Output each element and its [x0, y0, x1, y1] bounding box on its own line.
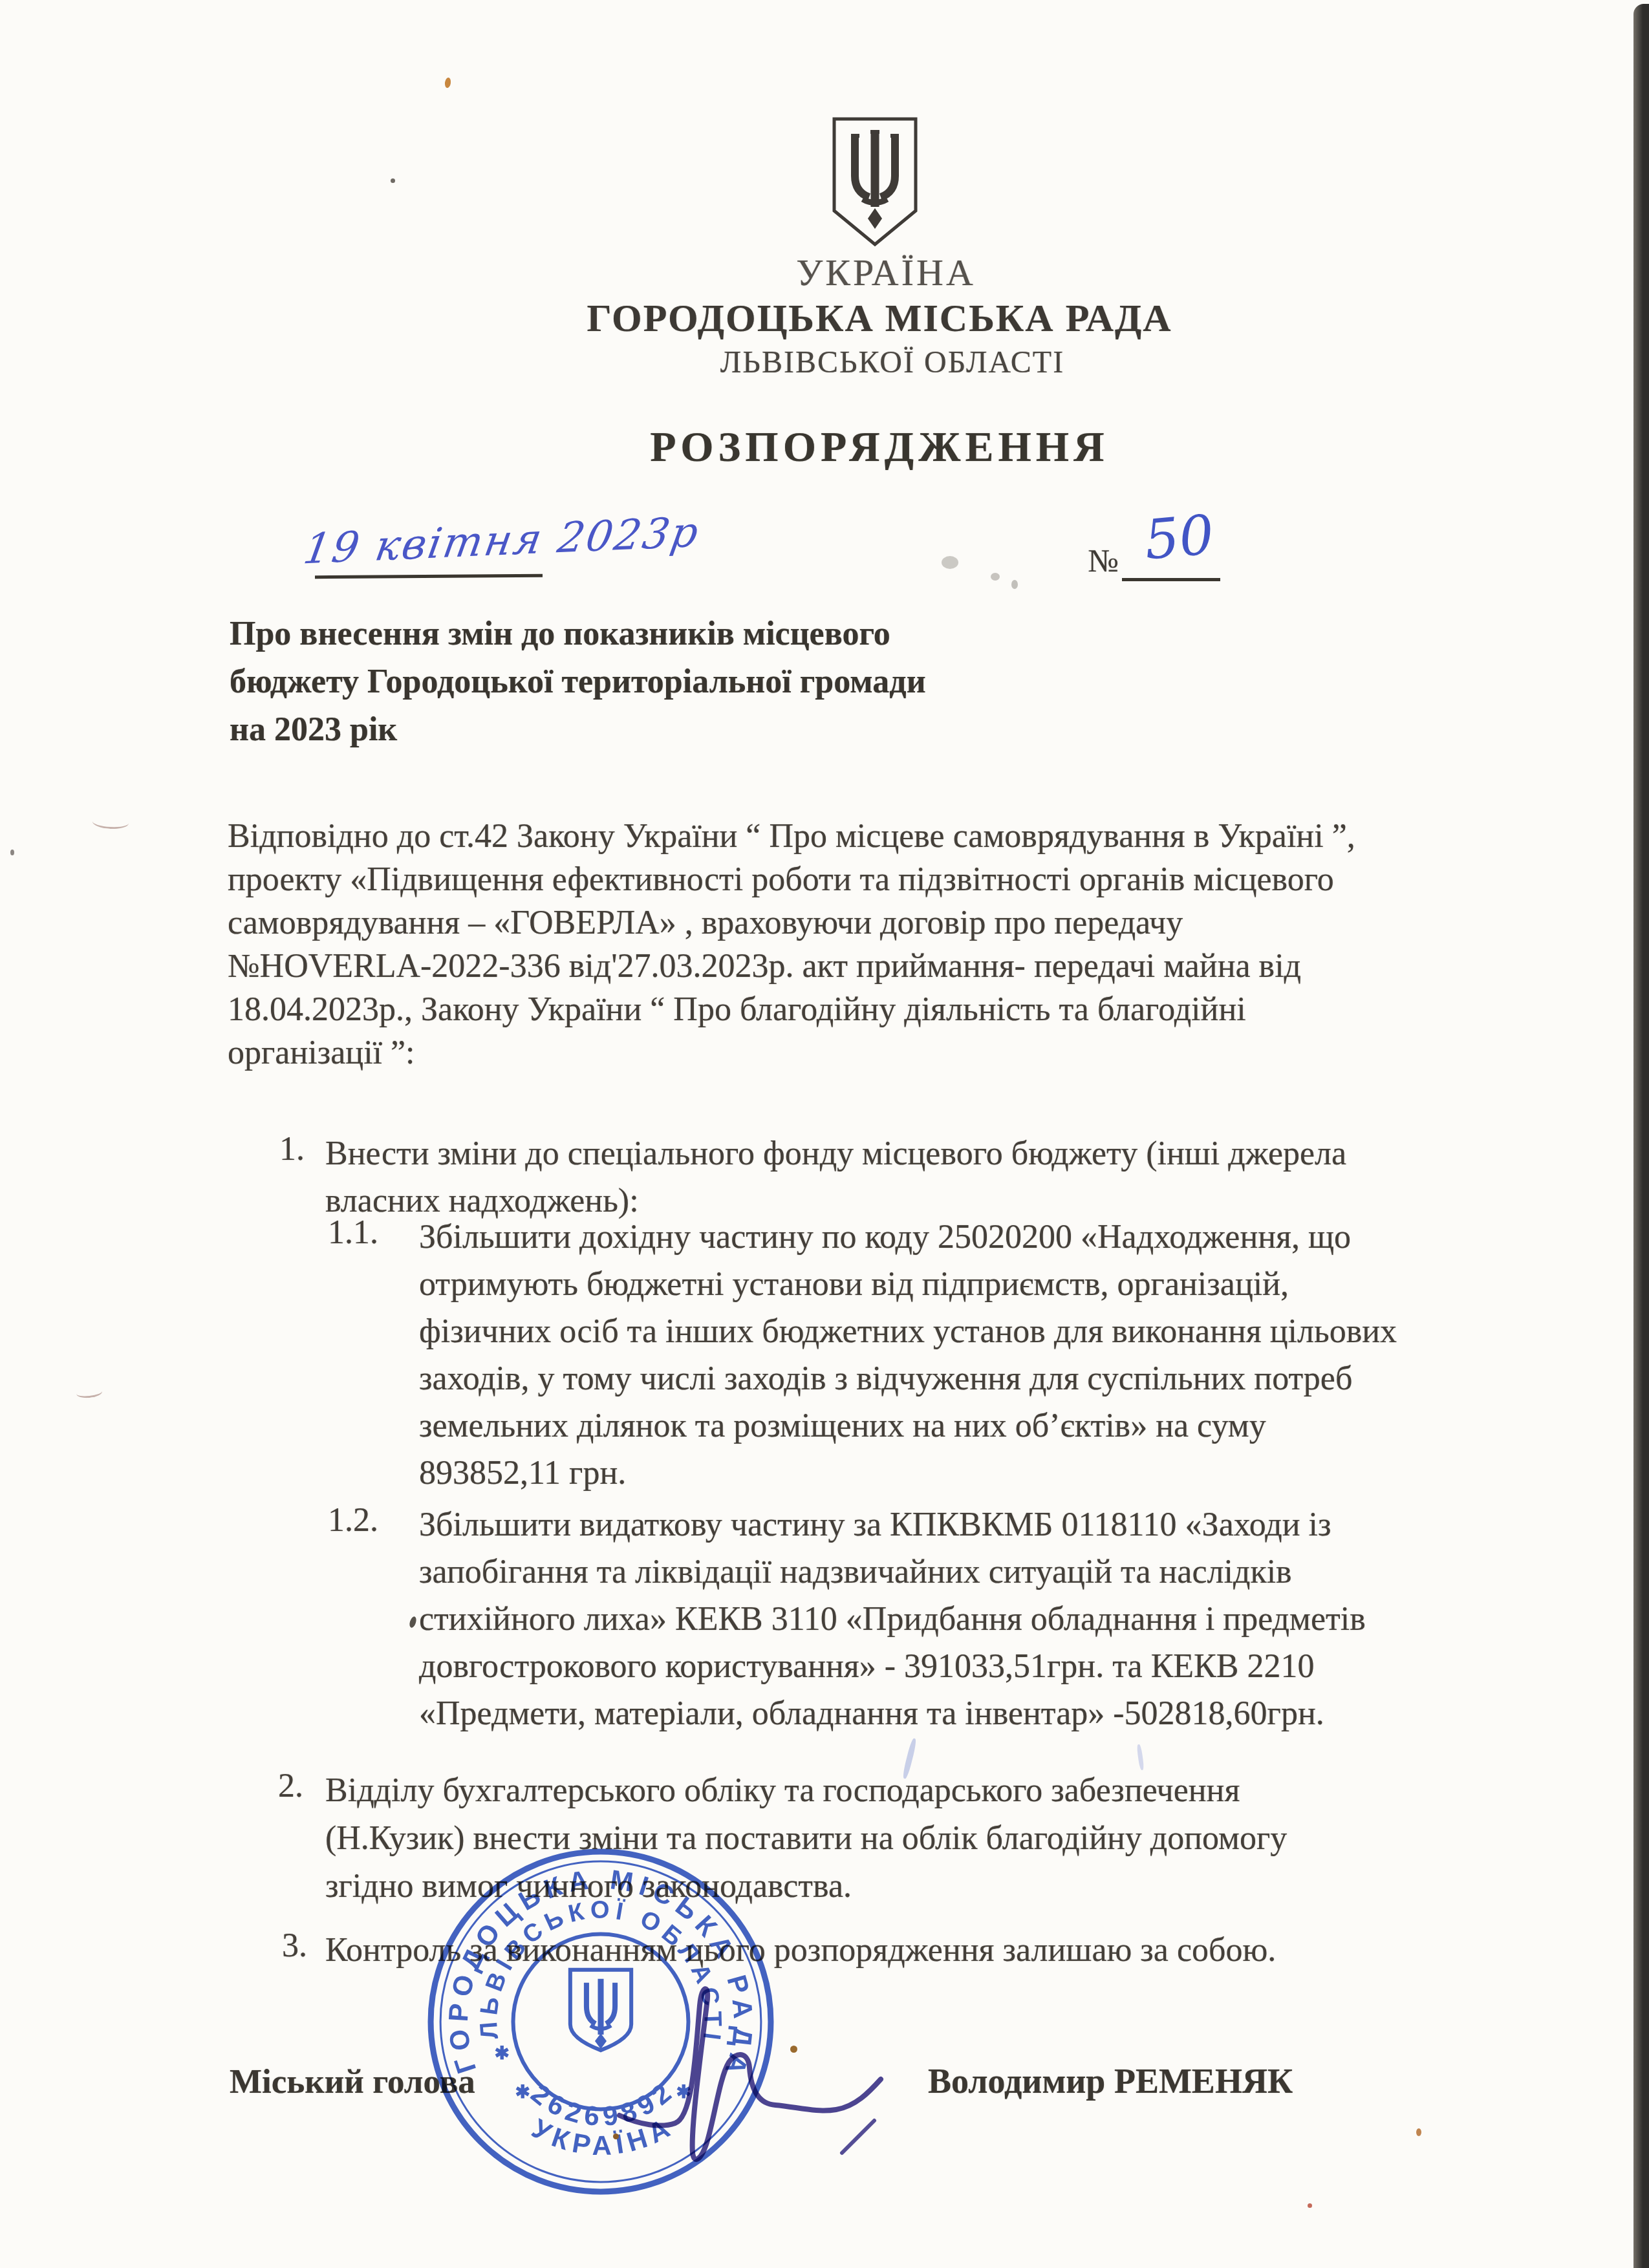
header-council-name: ГОРОДОЦЬКА МІСЬКА РАДА — [553, 296, 1206, 341]
list-item-line: Внести зміни до спеціального фонду місце… — [325, 1130, 1522, 1177]
date-underline — [315, 574, 543, 579]
header-region: ЛЬВІВСЬКОЇ ОБЛАСТІ — [708, 345, 1077, 380]
scan-artifact — [942, 556, 958, 569]
document-type-title: РОЗПОРЯДЖЕННЯ — [637, 423, 1122, 472]
preamble-line: проекту «Підвищення ефективності роботи … — [228, 858, 1527, 901]
list-item-line: запобігання та ліквідації надзвичайних с… — [419, 1548, 1518, 1596]
scan-artifact — [76, 1386, 102, 1399]
scan-artifact — [408, 1616, 417, 1629]
handwritten-date: 19 квітня 2023р — [300, 508, 704, 573]
list-item-number: 3. — [282, 1927, 307, 1965]
preamble-line: 18.04.2023р., Закону України “ Про благо… — [228, 988, 1527, 1031]
stamp-star-icon: ✱ — [494, 2043, 510, 2063]
list-item-line: «Предмети, матеріали, обладнання та інве… — [419, 1690, 1518, 1737]
list-item-line: заходів, у тому числі заходів з відчужен… — [419, 1355, 1518, 1402]
scan-edge-artifact — [1633, 4, 1649, 2268]
list-item-number: 1.1. — [328, 1214, 378, 1252]
list-item-line: земельних ділянок та розміщених на них о… — [419, 1402, 1518, 1450]
stamp-star-icon: ✱ — [515, 2082, 531, 2102]
scan-artifact — [790, 2046, 797, 2053]
scan-artifact — [1308, 2203, 1312, 2208]
preamble-line: №HOVERLA-2022-336 від'27.03.2023р. акт п… — [228, 945, 1527, 988]
scan-artifact — [391, 178, 395, 183]
signature-ink — [601, 1965, 1015, 2172]
list-item-line: довгострокового користування» - 391033,5… — [419, 1643, 1518, 1690]
number-underline — [1122, 578, 1220, 581]
tryzub-diamond — [868, 208, 882, 229]
subject-line: на 2023 рік — [230, 706, 1044, 754]
scan-artifact — [92, 815, 129, 830]
subject-block: Про внесення змін до показників місцевог… — [230, 610, 1044, 754]
list-item-line: Відділу бухгалтерського обліку та господ… — [325, 1767, 1522, 1815]
subject-line: Про внесення змін до показників місцевог… — [230, 610, 1044, 658]
scan-artifact — [613, 2134, 619, 2139]
list-item: Збільшити дохідну частину по коду 250202… — [419, 1214, 1518, 1497]
scan-artifact — [1011, 580, 1018, 589]
subject-line: бюджету Городоцької територіальної грома… — [230, 658, 1044, 706]
list-item-line: стихійного лиха» КЕКВ 3110 «Придбання об… — [419, 1596, 1518, 1643]
preamble-paragraph: Відповідно до ст.42 Закону України “ Про… — [228, 815, 1527, 1075]
list-item-line: 893852,11 грн. — [419, 1450, 1518, 1497]
list-item-line: Збільшити дохідну частину по коду 250202… — [419, 1214, 1518, 1261]
preamble-line: організації ”: — [228, 1031, 1527, 1075]
preamble-line: Відповідно до ст.42 Закону України “ Про… — [228, 815, 1527, 858]
list-item: Збільшити видаткову частину за КПКВКМБ 0… — [419, 1501, 1518, 1737]
list-item-line: фізичних осіб та інших бюджетних установ… — [419, 1308, 1518, 1355]
scan-artifact — [10, 850, 14, 855]
list-item-line: отримують бюджетні установи від підприєм… — [419, 1261, 1518, 1308]
header-country: УКРАЇНА — [779, 251, 993, 294]
list-item-number: 1.2. — [328, 1501, 378, 1539]
scan-artifact — [444, 77, 451, 88]
scanned-document-page: УКРАЇНА ГОРОДОЦЬКА МІСЬКА РАДА ЛЬВІВСЬКО… — [0, 0, 1649, 2268]
scan-artifact — [1416, 2128, 1421, 2136]
list-item-number: 1. — [279, 1130, 305, 1168]
list-item-number: 2. — [278, 1767, 303, 1805]
list-item: Внести зміни до спеціального фонду місце… — [325, 1130, 1522, 1225]
preamble-line: самоврядування – «ГОВЕРЛА» , враховуючи … — [228, 901, 1527, 945]
number-label: № — [1088, 542, 1119, 579]
scan-artifact — [991, 573, 1000, 581]
tryzub-emblem-icon — [826, 115, 923, 250]
handwritten-number: 50 — [1142, 503, 1216, 572]
list-item-line: Збільшити видаткову частину за КПКВКМБ 0… — [419, 1501, 1518, 1548]
